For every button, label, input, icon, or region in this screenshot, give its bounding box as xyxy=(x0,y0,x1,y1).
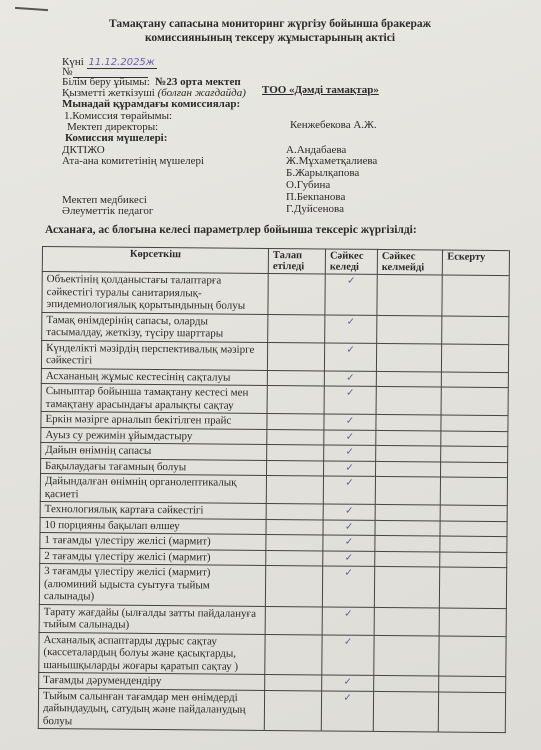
inspection-table: Көрсеткіш Талап етіледі Сәйкес келеді Сә… xyxy=(38,246,510,733)
table-row: Сыныптар бойынша тамақтану кестесі мен т… xyxy=(41,383,508,415)
note-cell xyxy=(440,536,507,552)
header-indicator: Көрсеткіш xyxy=(42,247,268,274)
non-compliant-cell xyxy=(376,371,441,387)
note-cell xyxy=(440,567,507,608)
non-compliant-cell xyxy=(375,535,440,551)
check-mark-icon: ✓ xyxy=(345,506,353,517)
members-heading: Комиссия мүшелері: xyxy=(65,132,167,144)
non-compliant-cell xyxy=(374,635,440,676)
required-cell xyxy=(266,550,323,566)
compliant-cell: ✓ xyxy=(322,606,374,634)
required-cell xyxy=(266,475,323,503)
header-non-compliant: Сәйкес келмейді xyxy=(377,249,443,275)
note-cell xyxy=(439,635,506,676)
note-cell xyxy=(441,446,508,462)
required-cell xyxy=(267,429,324,445)
compliant-cell: ✓ xyxy=(324,445,376,461)
indicator-cell: Тыйым салынған тағамдар мен өнімдерді да… xyxy=(38,688,264,730)
required-cell xyxy=(266,519,323,535)
check-mark-icon: ✓ xyxy=(347,316,355,327)
required-cell xyxy=(267,460,324,476)
check-mark-icon: ✓ xyxy=(343,692,351,703)
non-compliant-cell xyxy=(373,691,439,732)
check-mark-icon: ✓ xyxy=(346,388,354,399)
compliant-cell: ✓ xyxy=(324,342,376,370)
required-cell xyxy=(267,444,324,460)
compliant-cell: ✓ xyxy=(324,414,376,430)
table-row: Тарату жағдайы (ылғалды затты пайдалануғ… xyxy=(39,604,506,636)
compliant-cell: ✓ xyxy=(324,429,376,445)
table-row: 3 тағамды үлестіру желісі (мармит) (алюм… xyxy=(39,563,506,608)
header-compliant: Сәйкес келеді xyxy=(325,249,377,274)
commission-heading: Мынадай құрамдағы комиссиялар: xyxy=(62,98,240,110)
table-row: Тамақ өнімдерінің сапасы, оларды тасымал… xyxy=(42,312,509,344)
note-cell xyxy=(439,607,506,636)
non-compliant-cell xyxy=(376,430,441,446)
table-row: Тыйым салынған тағамдар мен өнімдерді да… xyxy=(38,688,505,733)
title-line-1: Тамақтану сапасына мониторинг жүргізу бо… xyxy=(100,17,440,31)
compliant-cell: ✓ xyxy=(323,535,375,551)
non-compliant-cell xyxy=(375,504,440,520)
non-compliant-cell xyxy=(374,607,440,636)
header-note: Ескерту xyxy=(443,250,510,276)
check-mark-icon: ✓ xyxy=(344,568,352,579)
check-mark-icon: ✓ xyxy=(346,344,354,355)
non-compliant-cell xyxy=(375,461,440,477)
check-mark-icon: ✓ xyxy=(346,431,354,442)
non-compliant-cell xyxy=(376,414,441,430)
required-cell xyxy=(268,273,325,314)
member-role: Әлеуметтік педагог xyxy=(62,205,153,217)
note-cell xyxy=(440,551,507,567)
document-title: Тамақтану сапасына мониторинг жүргізу бо… xyxy=(100,17,440,45)
non-compliant-cell xyxy=(376,386,442,415)
note-cell xyxy=(442,275,509,316)
non-compliant-cell xyxy=(375,551,440,567)
note-cell xyxy=(442,315,509,344)
compliant-cell: ✓ xyxy=(322,634,374,675)
indicator-cell: Тамақ өнімдерінің сапасы, оларды тасымал… xyxy=(42,312,268,342)
note-cell xyxy=(442,371,509,387)
note-cell xyxy=(441,415,508,431)
indicator-cell: Асханалық аспаптарды дұрыс сақтау (кассе… xyxy=(39,632,265,674)
non-compliant-cell xyxy=(377,274,443,315)
indicator-cell: Тарату жағдайы (ылғалды затты пайдалануғ… xyxy=(39,604,265,634)
indicator-cell: Күнделікті мәзірдің перспективалық мәзір… xyxy=(41,340,267,370)
required-cell xyxy=(268,314,325,342)
check-mark-icon: ✓ xyxy=(345,462,353,473)
compliant-cell: ✓ xyxy=(325,274,377,315)
non-compliant-cell xyxy=(374,675,439,691)
non-compliant-cell xyxy=(375,520,440,536)
compliant-cell: ✓ xyxy=(324,386,376,414)
title-line-2: комиссиянының тексеру жұмыстарының актіс… xyxy=(100,31,440,45)
member-name: Б.Жарылқапова xyxy=(286,167,359,179)
compliant-cell: ✓ xyxy=(325,314,377,342)
compliant-cell: ✓ xyxy=(323,519,375,535)
required-cell xyxy=(266,534,323,550)
member-role: Ата-ана комитетінің мүшелері xyxy=(62,155,204,167)
required-cell xyxy=(266,503,323,519)
compliant-cell: ✓ xyxy=(323,476,375,504)
required-cell xyxy=(265,606,322,634)
compliant-cell: ✓ xyxy=(321,690,373,731)
check-mark-icon: ✓ xyxy=(345,552,353,563)
note-cell xyxy=(441,430,508,446)
member-name: П.Бекпанова xyxy=(286,191,345,203)
required-cell xyxy=(265,674,322,690)
required-cell xyxy=(265,634,322,675)
check-mark-icon: ✓ xyxy=(347,276,355,287)
compliant-cell: ✓ xyxy=(322,675,374,691)
indicator-cell: 3 тағамды үлестіру желісі (мармит) (алюм… xyxy=(39,563,265,605)
note-cell xyxy=(440,520,507,536)
required-cell xyxy=(267,385,324,413)
non-compliant-cell xyxy=(374,566,440,607)
member-name: О.Губина xyxy=(286,179,330,191)
table-row: Дайындалған өнімнің органолептикалық қас… xyxy=(40,473,507,505)
indicator-cell: Объектінің қолданыстағы талаптарға сәйке… xyxy=(42,272,268,314)
required-cell xyxy=(267,370,324,386)
check-mark-icon: ✓ xyxy=(344,608,352,619)
pen-mark xyxy=(15,7,48,11)
compliant-cell: ✓ xyxy=(324,370,376,386)
required-cell xyxy=(267,413,324,429)
compliant-cell: ✓ xyxy=(324,460,376,476)
note-cell xyxy=(440,505,507,521)
indicator-cell: Сыныптар бойынша тамақтану кестесі мен т… xyxy=(41,383,267,413)
document-page: Тамақтану сапасына мониторинг жүргізу бо… xyxy=(0,0,541,750)
required-cell xyxy=(267,342,324,370)
check-mark-icon: ✓ xyxy=(345,537,353,548)
check-mark-icon: ✓ xyxy=(345,447,353,458)
supplier-value: ТОО «Дәмді тамақтар» xyxy=(262,84,379,96)
header-required: Талап етіледі xyxy=(268,248,325,273)
compliant-cell: ✓ xyxy=(323,504,375,520)
non-compliant-cell xyxy=(377,315,443,344)
check-mark-icon: ✓ xyxy=(346,416,354,427)
note-cell xyxy=(439,676,506,692)
compliant-cell: ✓ xyxy=(323,550,375,566)
table-row: Асханалық аспаптарды дұрыс сақтау (кассе… xyxy=(39,632,506,677)
check-mark-icon: ✓ xyxy=(344,636,352,647)
section-heading: Асханаға, ас блогына келесі параметрлер … xyxy=(45,224,417,236)
table-body: Объектінің қолданыстағы талаптарға сәйке… xyxy=(38,272,509,733)
note-cell xyxy=(441,461,508,477)
table-row: Объектінің қолданыстағы талаптарға сәйке… xyxy=(42,272,509,317)
check-mark-icon: ✓ xyxy=(345,478,353,489)
indicator-cell: Дайындалған өнімнің органолептикалық қас… xyxy=(40,473,266,503)
member-name: Ж.Мұхаметқалиева xyxy=(286,155,377,167)
non-compliant-cell xyxy=(375,476,441,505)
required-cell xyxy=(265,565,322,606)
non-compliant-cell xyxy=(376,343,442,372)
note-cell xyxy=(441,477,508,506)
director-name: Кенжебекова А.Ж. xyxy=(290,119,377,131)
note-cell xyxy=(441,387,508,416)
required-cell xyxy=(264,690,321,731)
non-compliant-cell xyxy=(376,445,441,461)
check-mark-icon: ✓ xyxy=(346,372,354,383)
compliant-cell: ✓ xyxy=(322,566,374,607)
check-mark-icon: ✓ xyxy=(343,677,351,688)
member-name: Г.Дуйсенова xyxy=(286,203,344,215)
check-mark-icon: ✓ xyxy=(345,521,353,532)
table-row: Күнделікті мәзірдің перспективалық мәзір… xyxy=(41,340,508,372)
note-cell xyxy=(439,691,506,732)
note-cell xyxy=(442,343,509,372)
